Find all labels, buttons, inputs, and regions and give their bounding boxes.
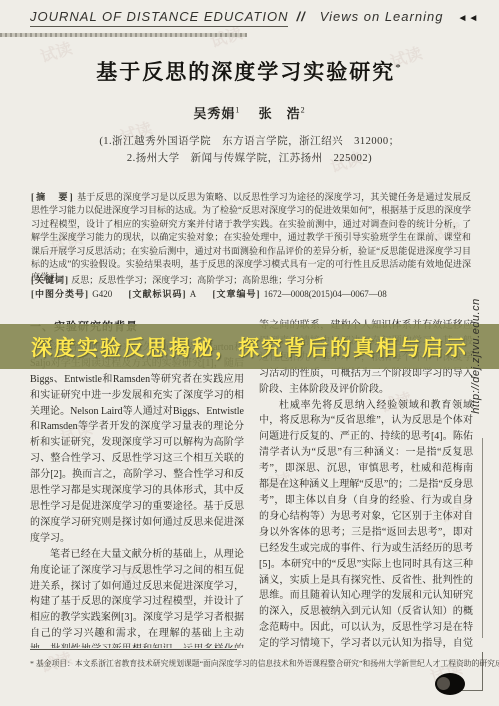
- affiliation-2: 2.扬州大学 新闻与传媒学院，江苏扬州 225002): [0, 150, 499, 165]
- page-number-badge: [435, 673, 465, 695]
- page-header: JOURNAL OF DISTANCE EDUCATION//Views on …: [0, 7, 499, 31]
- abstract-text: 基于反思的深度学习是以反思为策略、以反思性学习为途径的深度学习，其关键任务是通过…: [31, 192, 471, 282]
- affiliation-1: (1.浙江越秀外国语学院 东方语言学院，浙江绍兴 312000；: [0, 133, 499, 148]
- clc-value: G420: [92, 289, 112, 299]
- header-separator: //: [296, 9, 305, 24]
- side-vertical-rule: [482, 438, 483, 638]
- author-1: 吴秀娟1: [193, 106, 240, 121]
- keywords-text: 反思；反思性学习；深度学习；高阶学习；高阶思维；学习分析: [71, 275, 323, 285]
- header-section-label: Views on Learning: [320, 9, 444, 24]
- promo-banner: 深度实验反思揭秘，探究背后的真相与启示: [0, 324, 499, 369]
- double-left-arrow-icon: ◄◄: [457, 13, 479, 24]
- journal-url-vertical: http://dej.zjtvu.edu.cn: [470, 281, 482, 431]
- clc-label: [中图分类号]: [31, 289, 92, 299]
- author-2: 张 浩2: [259, 106, 306, 121]
- doc-code-label: [文献标识码]: [129, 289, 190, 299]
- promo-banner-text: 深度实验反思揭秘，探究背后的真相与启示: [31, 332, 468, 362]
- article-id-label: [文章编号]: [213, 289, 264, 299]
- classification-line: [中图分类号] G420 [文献标识码] A [文章编号] 1672—0008(…: [31, 287, 471, 300]
- article-title: 基于反思的深度学习实验研究*: [0, 56, 499, 86]
- corner-rule-vertical: [482, 652, 483, 690]
- body-paragraph: 深度学习研究由来已久，最早缘于Marton和Saljo对学生阅读过程及方式的实验…: [30, 340, 244, 547]
- keywords-label: [关键词]: [31, 275, 69, 285]
- body-paragraph: 笔者已经在大量文献分析的基础上，从理论角度论证了深度学习与反思性学习之间的相互促…: [30, 547, 244, 648]
- body-paragraph: 杜威率先将反思纳入经验领域和教育领域中，将反思称为“反省思维”，认为反思是个体对…: [259, 398, 473, 648]
- header-rule: [0, 33, 247, 37]
- title-asterisk: *: [395, 62, 403, 74]
- article-id-value: 1672—0008(2015)04—0067—08: [264, 289, 387, 299]
- footnote: * 基金项目：本文系浙江省教育技术研究规划课题“面向深度学习的信息技术和外语课程…: [30, 658, 482, 669]
- keywords-line: [关键词] 反思；反思性学习；深度学习；高阶学习；高阶思维；学习分析: [31, 273, 471, 286]
- authors-line: 吴秀娟1 张 浩2: [0, 103, 499, 122]
- corner-rule-horizontal: [461, 690, 483, 691]
- abstract-label: [摘 要]: [31, 192, 75, 202]
- page-number-badge-highlight: [437, 677, 450, 690]
- footnote-rule: [30, 649, 237, 650]
- journal-page: 试读试读试读试读试读试读试读试读试读试读试读试读试读试读试读试读试读 JOURN…: [0, 0, 499, 706]
- doc-code-value: A: [190, 289, 197, 299]
- abstract: [摘 要] 基于反思的深度学习是以反思为策略、以反思性学习为途径的深度学习，其关…: [31, 191, 471, 285]
- journal-name: JOURNAL OF DISTANCE EDUCATION: [30, 9, 288, 27]
